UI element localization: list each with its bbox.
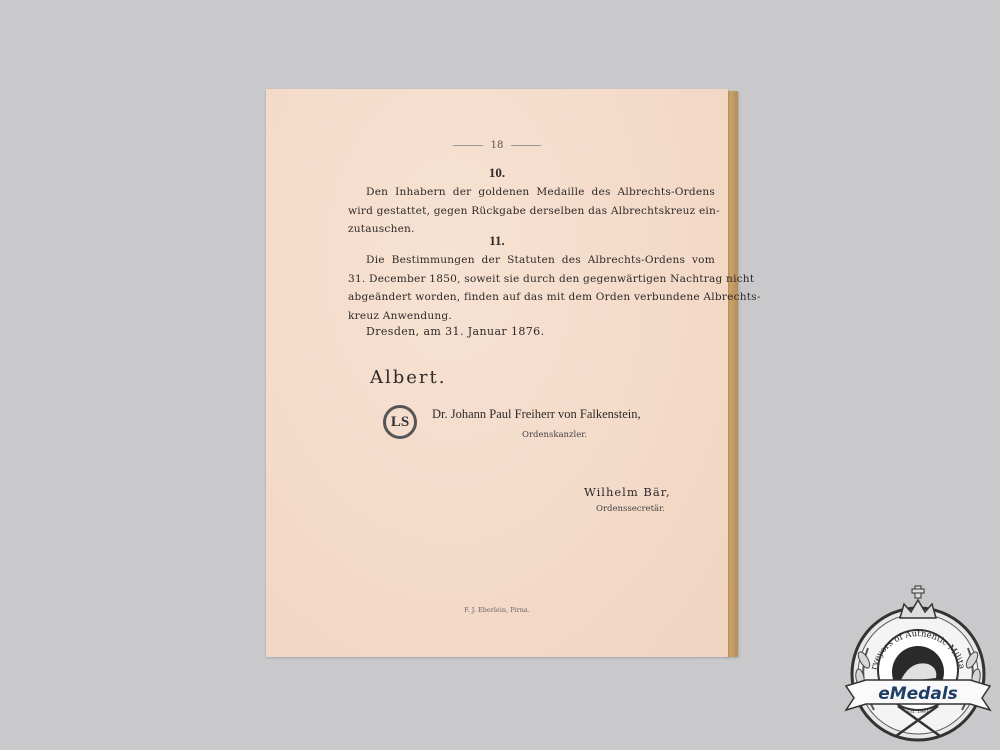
section-10-text: Den Inhabern der goldenen Medaille des A…: [348, 183, 715, 239]
place-date: Dresden, am 31. Januar 1876.: [366, 325, 544, 338]
signatory-name: Dr. Johann Paul Freiherr von Falkenstein…: [432, 407, 641, 422]
divider: [511, 145, 541, 146]
text-line: 31. December 1850, soweit sie durch den …: [348, 270, 715, 289]
signatory-title: Ordenssecretär.: [596, 504, 665, 514]
text-line: Die Bestimmungen der Statuten des Albrec…: [348, 251, 715, 270]
emedals-logo-icon: Purveyors of Authentic Militaria eMedals…: [838, 578, 998, 746]
text-line: Den Inhabern der goldenen Medaille des A…: [348, 183, 715, 202]
page-number: 18: [266, 140, 728, 151]
section-11-text: Die Bestimmungen der Statuten des Albrec…: [348, 251, 715, 325]
printer-imprint: F. J. Eberlein, Pirna.: [266, 606, 728, 614]
divider: [453, 145, 483, 146]
svg-text:eMedals: eMedals: [878, 684, 958, 704]
page-number-text: 18: [491, 140, 504, 151]
text-line: wird gestattet, gegen Rückgabe derselben…: [348, 202, 715, 221]
text-line: kreuz Anwendung.: [348, 307, 715, 326]
signatory-name: Wilhelm Bär,: [584, 485, 671, 499]
seal-stamp-icon: LS: [383, 405, 417, 439]
text-line: abgeändert worden, finden auf das mit de…: [348, 288, 715, 307]
section-number-10: 10.: [266, 165, 728, 181]
signatory-title: Ordenskanzler.: [522, 430, 587, 440]
seal-text: LS: [391, 414, 409, 431]
section-number-11: 11.: [266, 233, 728, 249]
sovereign-signature: Albert.: [370, 367, 447, 388]
document-page: 18 10. Den Inhabern der goldenen Medaill…: [266, 89, 728, 657]
